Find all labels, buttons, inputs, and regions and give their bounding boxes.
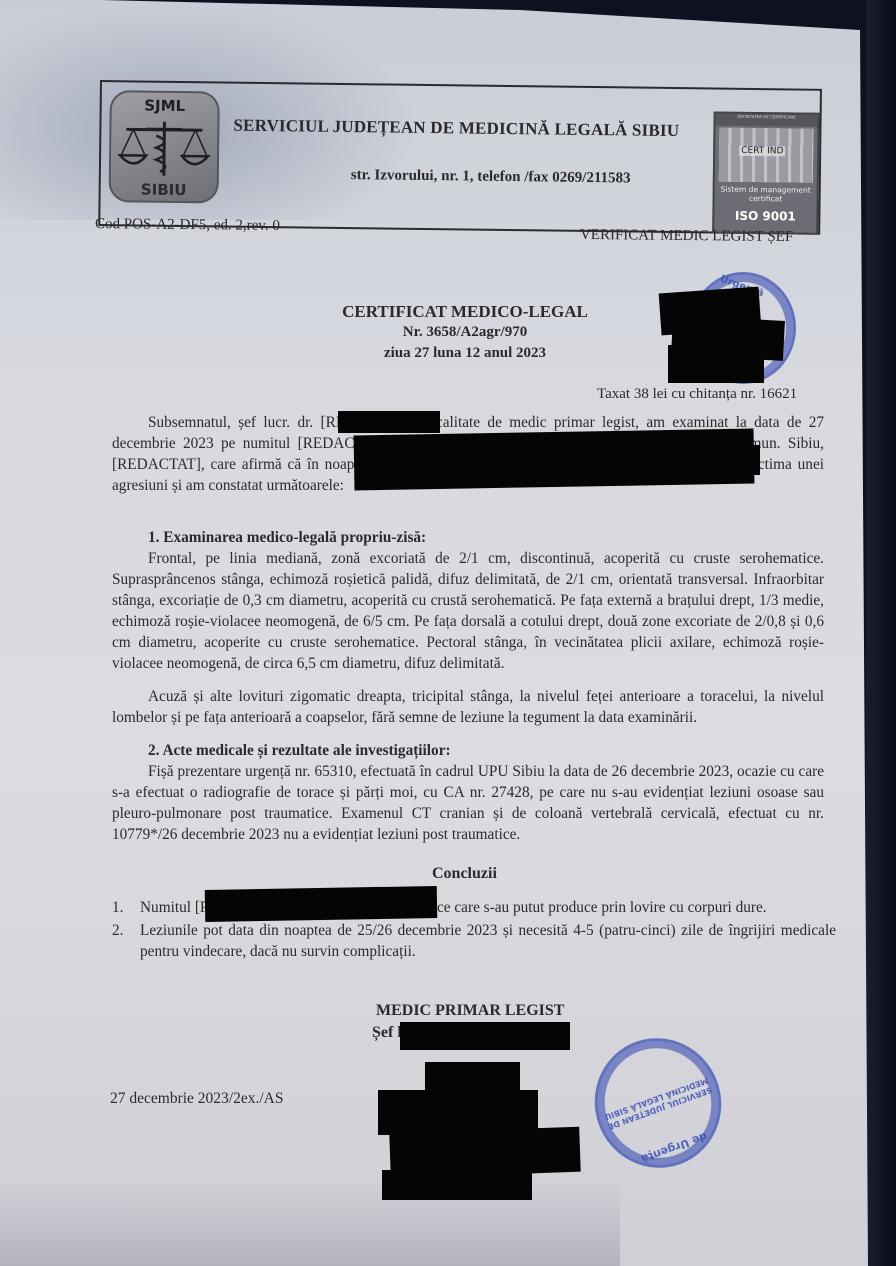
organization-name: SERVICIUL JUDEȚEAN DE MEDICINĂ LEGALĂ SI… [233,116,679,141]
organization-address: str. Izvorului, nr. 1, telefon /fax 0269… [351,167,631,187]
section-medical-acts-text: Fișă prezentare urgență nr. 65310, efect… [112,761,824,845]
redaction-block [338,411,440,433]
conclusion-item: 2. Leziunile pot data din noaptea de 25/… [112,920,836,962]
certificate-date: ziua 27 luna 12 anul 2023 [320,343,610,364]
certind-text: CERT IND [739,146,785,157]
certificate-title: CERTIFICAT MEDICO-LEGAL Nr. 3658/A2agr/9… [320,301,610,364]
logo-top-text: SJML [144,97,185,115]
background-edge [866,0,896,1266]
redaction-block [400,1022,570,1050]
sjml-logo: SJML SIBIU [109,90,220,203]
certificate-name: CERTIFICAT MEDICO-LEGAL [320,301,610,322]
letterhead: SJML SIBIU SERVICIUL JUDEȚEAN DE MEDICIN… [98,80,822,235]
signature-title: MEDIC PRIMAR LEGIST [376,1002,564,1020]
section-examination-complaints: Acuză și alte lovituri zigomatic dreapta… [112,686,824,728]
iso-strip: SOCIETATEA DE CERTIFICARE [715,114,817,127]
certificate-number: Nr. 3658/A2agr/970 [320,322,610,343]
certind-logo: CERT IND [719,128,814,183]
stamp-inner-text: SERVICIUL JUDEȚEAN DE MEDICINĂ LEGALĂ SI… [598,1073,718,1133]
document-code: Cod POS-A2-DF5, ed. 2,rev. 0 [95,216,280,235]
iso-standard: ISO 9001 [714,209,816,224]
iso-certification-badge: SOCIETATEA DE CERTIFICARE CERT IND Siste… [712,111,819,234]
redaction-block [382,1170,532,1200]
section-heading-medical-acts: 2. Acte medicale și rezultate ale invest… [148,740,860,761]
section-examination-text: Frontal, pe linia mediană, zonă excoriat… [112,548,824,674]
section-heading-examination: 1. Examinarea medico-legală propriu-zisă… [148,527,860,548]
footer-date: 27 decembrie 2023/2ex./AS [110,1090,283,1108]
logo-bottom-text: SIBIU [141,181,187,200]
scales-caduceus-icon [116,117,213,178]
conclusions-heading: Concluzii [432,865,497,883]
verified-label: VERIFICAT MEDIC LEGIST ȘEF [580,227,793,246]
redaction-block [520,445,760,475]
fee-receipt: Taxat 38 lei cu chitanța nr. 16621 [597,386,797,403]
redaction-block [205,886,438,922]
iso-caption: Sistem de management certificat [715,185,817,204]
redaction-block [668,345,764,383]
